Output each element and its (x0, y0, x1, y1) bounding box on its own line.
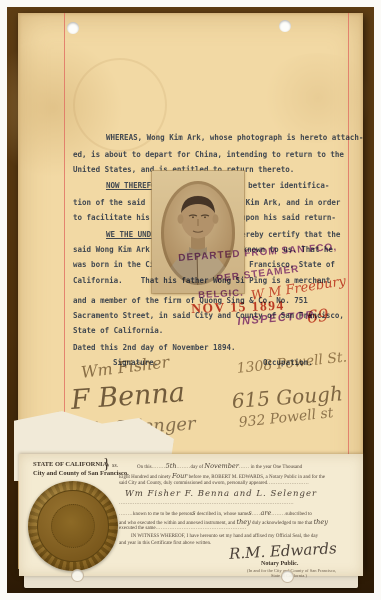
notary-public-label: Notary Public. (261, 561, 298, 567)
form-segment: Wm Fisher F. Benna and L. Selenger (125, 489, 317, 499)
typed-line: ed, is about to depart for China, intend… (73, 150, 344, 159)
form-segment: executed the same (119, 526, 156, 531)
form-segment: Eight Hundred and ninety (119, 475, 172, 480)
witness-signature-2: F Benna (70, 377, 186, 416)
punch-hole-bottom-left (71, 569, 84, 582)
typed-line: tion of the said (73, 198, 145, 207)
notary-form-line: executed the same.......................… (119, 526, 247, 531)
notary-form-line: ........known to me to be the persons de… (119, 509, 312, 517)
punch-hole-top-right (279, 20, 291, 32)
notary-form-line: On this........5th........day of Novembe… (137, 462, 302, 470)
venue-county: City and County of San Francisco. (33, 470, 129, 479)
inspector-number: 69 (306, 306, 330, 328)
form-segment: duly acknowledged to me that (251, 521, 314, 526)
form-segment: in the year One Thousand (249, 465, 302, 470)
typed-line: Dated this 2nd day of November 1894. (73, 343, 236, 352)
form-segment: ...... (239, 465, 250, 470)
document-scan: STATE OF CALIFORNIA, City and County of … (0, 0, 381, 600)
notary-gold-seal (28, 481, 118, 571)
form-segment: ........ (119, 512, 133, 517)
form-segment: ........ (177, 465, 191, 470)
notary-form-line: and year in this Certificate first above… (119, 541, 211, 546)
form-segment: Four (172, 472, 187, 480)
form-segment: ........ (271, 512, 285, 517)
punch-hole-top-left (67, 22, 79, 34)
form-segment: day of (191, 465, 205, 470)
right-margin-rule (348, 13, 349, 454)
notary-form-line: Wm Fisher F. Benna and L. Selenger (125, 489, 317, 499)
notary-form-line: ........................................… (119, 501, 294, 506)
form-segment: ........ (152, 465, 166, 470)
notary-signature: R.M. Edwards (229, 539, 338, 563)
form-segment: ........................ (267, 481, 309, 486)
scilicet-mark: ss. (112, 463, 118, 469)
form-segment: said City and County, duly commissioned … (119, 481, 267, 486)
form-segment: are (261, 509, 272, 517)
form-segment: ..... (252, 512, 261, 517)
typed-line: State of California. (73, 326, 163, 335)
typed-line: WHEREAS, Wong Kim Ark, whose photograph … (106, 133, 363, 142)
form-segment: ........................................… (119, 501, 294, 506)
form-segment: described in, whose name (196, 512, 249, 517)
typed-line: said Wong Kim Ark is (73, 245, 163, 254)
form-segment: known to me to be the person (133, 512, 192, 517)
witness-signature-1: Wm Fisher (80, 352, 170, 382)
form-segment: subscribed to (285, 512, 312, 517)
left-margin-rule (64, 13, 65, 454)
notary-form-line: IN WITNESS WHEREOF, I have hereunto set … (131, 534, 318, 539)
form-segment: On this (137, 465, 152, 470)
punch-hole-bottom-right (281, 570, 294, 583)
venue-brace: } (103, 456, 110, 473)
form-segment: before me, ROBERT M. EDWARDS, a Notary P… (187, 475, 325, 480)
notary-form-line: Eight Hundred and ninety Four before me,… (119, 472, 325, 480)
form-segment: they (236, 518, 250, 526)
paper-stain (258, 53, 378, 143)
form-segment: ........................................… (156, 526, 247, 531)
form-segment: 5th (166, 462, 177, 470)
form-segment: IN WITNESS WHEREOF, I have hereunto set … (131, 534, 318, 539)
form-segment: November (204, 462, 238, 470)
notary-form-line: said City and County, duly commissioned … (119, 481, 309, 486)
witness-address-1: 1308 Powell St. (236, 349, 348, 376)
form-segment: they (314, 518, 328, 526)
form-segment: and year in this Certificate first above… (119, 541, 211, 546)
notary-form-line: and who executed the within and annexed … (119, 518, 328, 526)
affidavit-paper: STATE OF CALIFORNIA, City and County of … (18, 13, 363, 569)
